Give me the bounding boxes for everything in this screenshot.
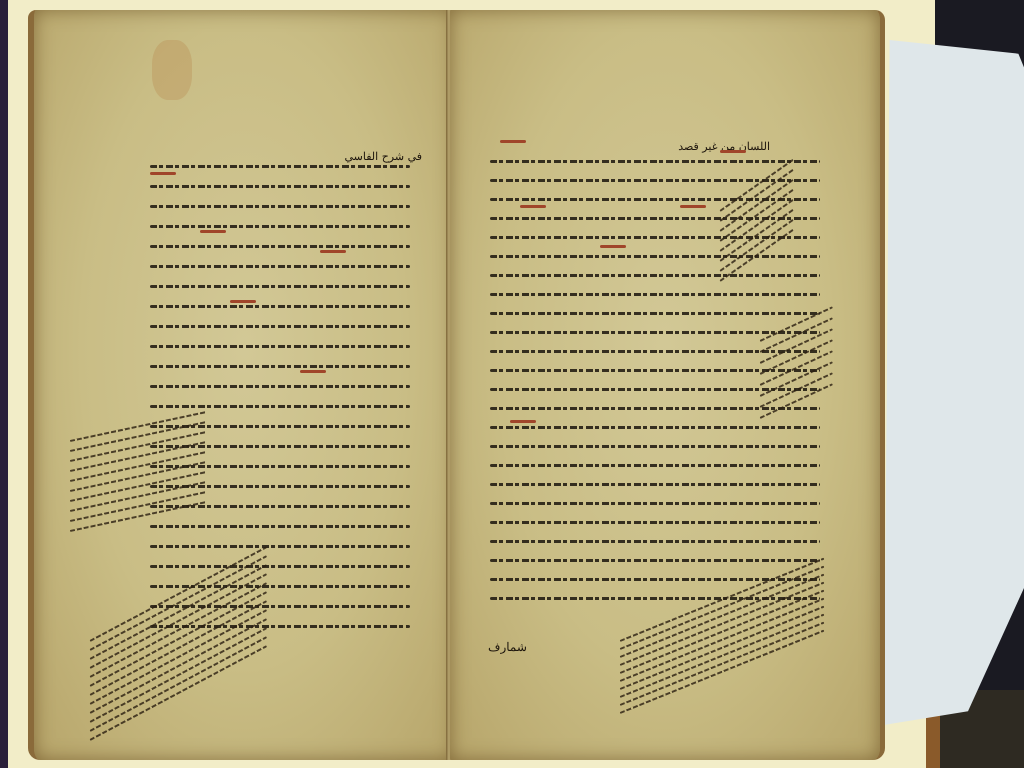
table-edge (926, 715, 940, 768)
background-left (0, 0, 8, 768)
text-line (150, 385, 410, 388)
text-line (150, 285, 410, 288)
rubric-mark (680, 205, 706, 208)
text-line (490, 198, 820, 201)
rubric-mark (300, 370, 326, 373)
text-line (150, 245, 410, 248)
rubric-mark (600, 245, 626, 248)
text-line (150, 265, 410, 268)
text-line (490, 426, 820, 429)
text-line (150, 305, 410, 308)
text-line (150, 545, 410, 548)
white-sheet (884, 40, 1024, 725)
rubric-mark (520, 205, 546, 208)
text-line (150, 365, 410, 368)
text-line (150, 525, 410, 528)
water-stain (152, 40, 192, 100)
rubric-mark (230, 300, 256, 303)
text-line (490, 274, 820, 277)
rubric-mark (500, 140, 526, 143)
text-line (150, 165, 410, 168)
text-line (490, 350, 820, 353)
text-line (490, 597, 820, 600)
text-line (490, 483, 820, 486)
rubric-mark (510, 420, 536, 423)
text-line (490, 540, 820, 543)
text-line (150, 185, 410, 188)
right-marginal-word: شمارف (488, 640, 527, 654)
text-line (490, 502, 820, 505)
rubric-mark (720, 150, 746, 153)
text-line (490, 217, 820, 220)
right-page: اللسان من غير قصد شمارف (450, 10, 885, 760)
text-line (490, 293, 820, 296)
text-line (490, 407, 820, 410)
text-line (150, 325, 410, 328)
text-line (150, 345, 410, 348)
left-first-line: في شرح الفاسي (344, 150, 422, 163)
text-line (490, 559, 820, 562)
text-line (490, 160, 820, 163)
text-line (150, 205, 410, 208)
text-line (150, 405, 410, 408)
text-line (150, 225, 410, 228)
rubric-mark (200, 230, 226, 233)
rubric-mark (320, 250, 346, 253)
text-line (150, 565, 410, 568)
text-line (490, 312, 820, 315)
text-line (490, 464, 820, 467)
text-line (490, 255, 820, 258)
rubric-mark (150, 172, 176, 175)
text-line (490, 179, 820, 182)
text-line (490, 445, 820, 448)
text-line (490, 521, 820, 524)
